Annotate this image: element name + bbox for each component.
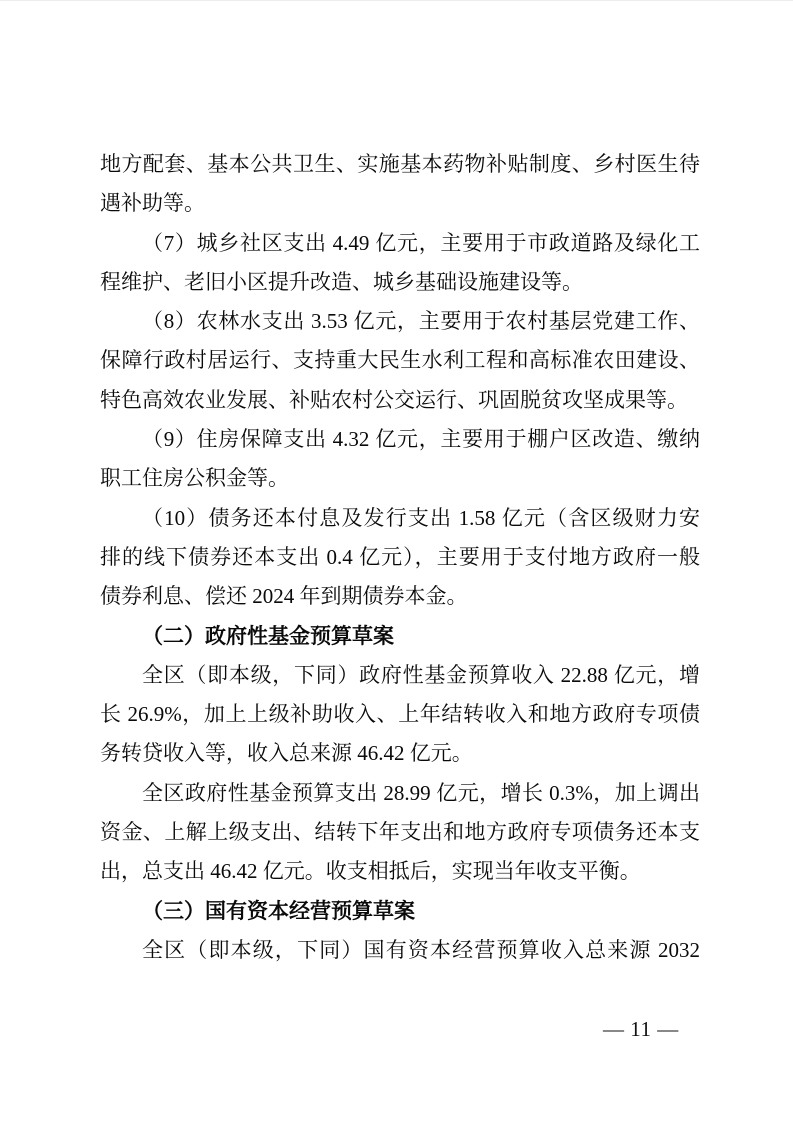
- paragraph: 全区政府性基金预算支出 28.99 亿元，增长 0.3%，加上调出资金、上解上级…: [100, 774, 700, 892]
- paragraph: （8）农林水支出 3.53 亿元，主要用于农村基层党建工作、保障行政村居运行、支…: [100, 302, 700, 420]
- document-page: 地方配套、基本公共卫生、实施基本药物补贴制度、乡村医生待遇补助等。（7）城乡社区…: [0, 0, 793, 1122]
- text-line: 程维护、老旧小区提升改造、城乡基础设施建设等。: [100, 263, 700, 302]
- paragraph: 全区（即本级，下同）国有资本经营预算收入总来源 2032: [100, 931, 700, 970]
- paragraph: 全区（即本级，下同）政府性基金预算收入 22.88 亿元，增长 26.9%，加上…: [100, 656, 700, 774]
- text-block: 地方配套、基本公共卫生、实施基本药物补贴制度、乡村医生待遇补助等。（7）城乡社区…: [100, 145, 700, 970]
- text-line: 特色高效农业发展、补贴农村公交运行、巩固脱贫攻坚成果等。: [100, 381, 700, 420]
- text-line: 职工住房公积金等。: [100, 459, 700, 498]
- paragraph: 地方配套、基本公共卫生、实施基本药物补贴制度、乡村医生待遇补助等。: [100, 145, 700, 224]
- text-line: 债券利息、偿还 2024 年到期债券本金。: [100, 577, 700, 616]
- section-heading: （三）国有资本经营预算草案: [100, 892, 700, 931]
- text-line: 长 26.9%，加上上级补助收入、上年结转收入和地方政府专项债: [100, 695, 700, 734]
- text-line: 全区（即本级，下同）政府性基金预算收入 22.88 亿元，增: [100, 656, 700, 695]
- text-line: （9）住房保障支出 4.32 亿元，主要用于棚户区改造、缴纳: [100, 420, 700, 459]
- text-line: 务转贷收入等，收入总来源 46.42 亿元。: [100, 734, 700, 773]
- text-line: 全区政府性基金预算支出 28.99 亿元，增长 0.3%，加上调出: [100, 774, 700, 813]
- text-line: 地方配套、基本公共卫生、实施基本药物补贴制度、乡村医生待: [100, 145, 700, 184]
- text-line: 保障行政村居运行、支持重大民生水利工程和高标准农田建设、: [100, 341, 700, 380]
- text-line: （二）政府性基金预算草案: [100, 617, 700, 656]
- text-line: 资金、上解上级支出、结转下年支出和地方政府专项债务还本支: [100, 813, 700, 852]
- paragraph: （7）城乡社区支出 4.49 亿元，主要用于市政道路及绿化工程维护、老旧小区提升…: [100, 224, 700, 303]
- section-heading: （二）政府性基金预算草案: [100, 617, 700, 656]
- text-line: 全区（即本级，下同）国有资本经营预算收入总来源 2032: [100, 931, 700, 970]
- page-number: — 11 —: [603, 1016, 679, 1042]
- text-line: （三）国有资本经营预算草案: [100, 892, 700, 931]
- text-line: （10）债务还本付息及发行支出 1.58 亿元（含区级财力安: [100, 499, 700, 538]
- text-line: （7）城乡社区支出 4.49 亿元，主要用于市政道路及绿化工: [100, 224, 700, 263]
- text-line: （8）农林水支出 3.53 亿元，主要用于农村基层党建工作、: [100, 302, 700, 341]
- text-line: 出，总支出 46.42 亿元。收支相抵后，实现当年收支平衡。: [100, 852, 700, 891]
- text-line: 遇补助等。: [100, 184, 700, 223]
- paragraph: （9）住房保障支出 4.32 亿元，主要用于棚户区改造、缴纳职工住房公积金等。: [100, 420, 700, 499]
- paragraph: （10）债务还本付息及发行支出 1.58 亿元（含区级财力安排的线下债券还本支出…: [100, 499, 700, 617]
- text-line: 排的线下债券还本支出 0.4 亿元），主要用于支付地方政府一般: [100, 538, 700, 577]
